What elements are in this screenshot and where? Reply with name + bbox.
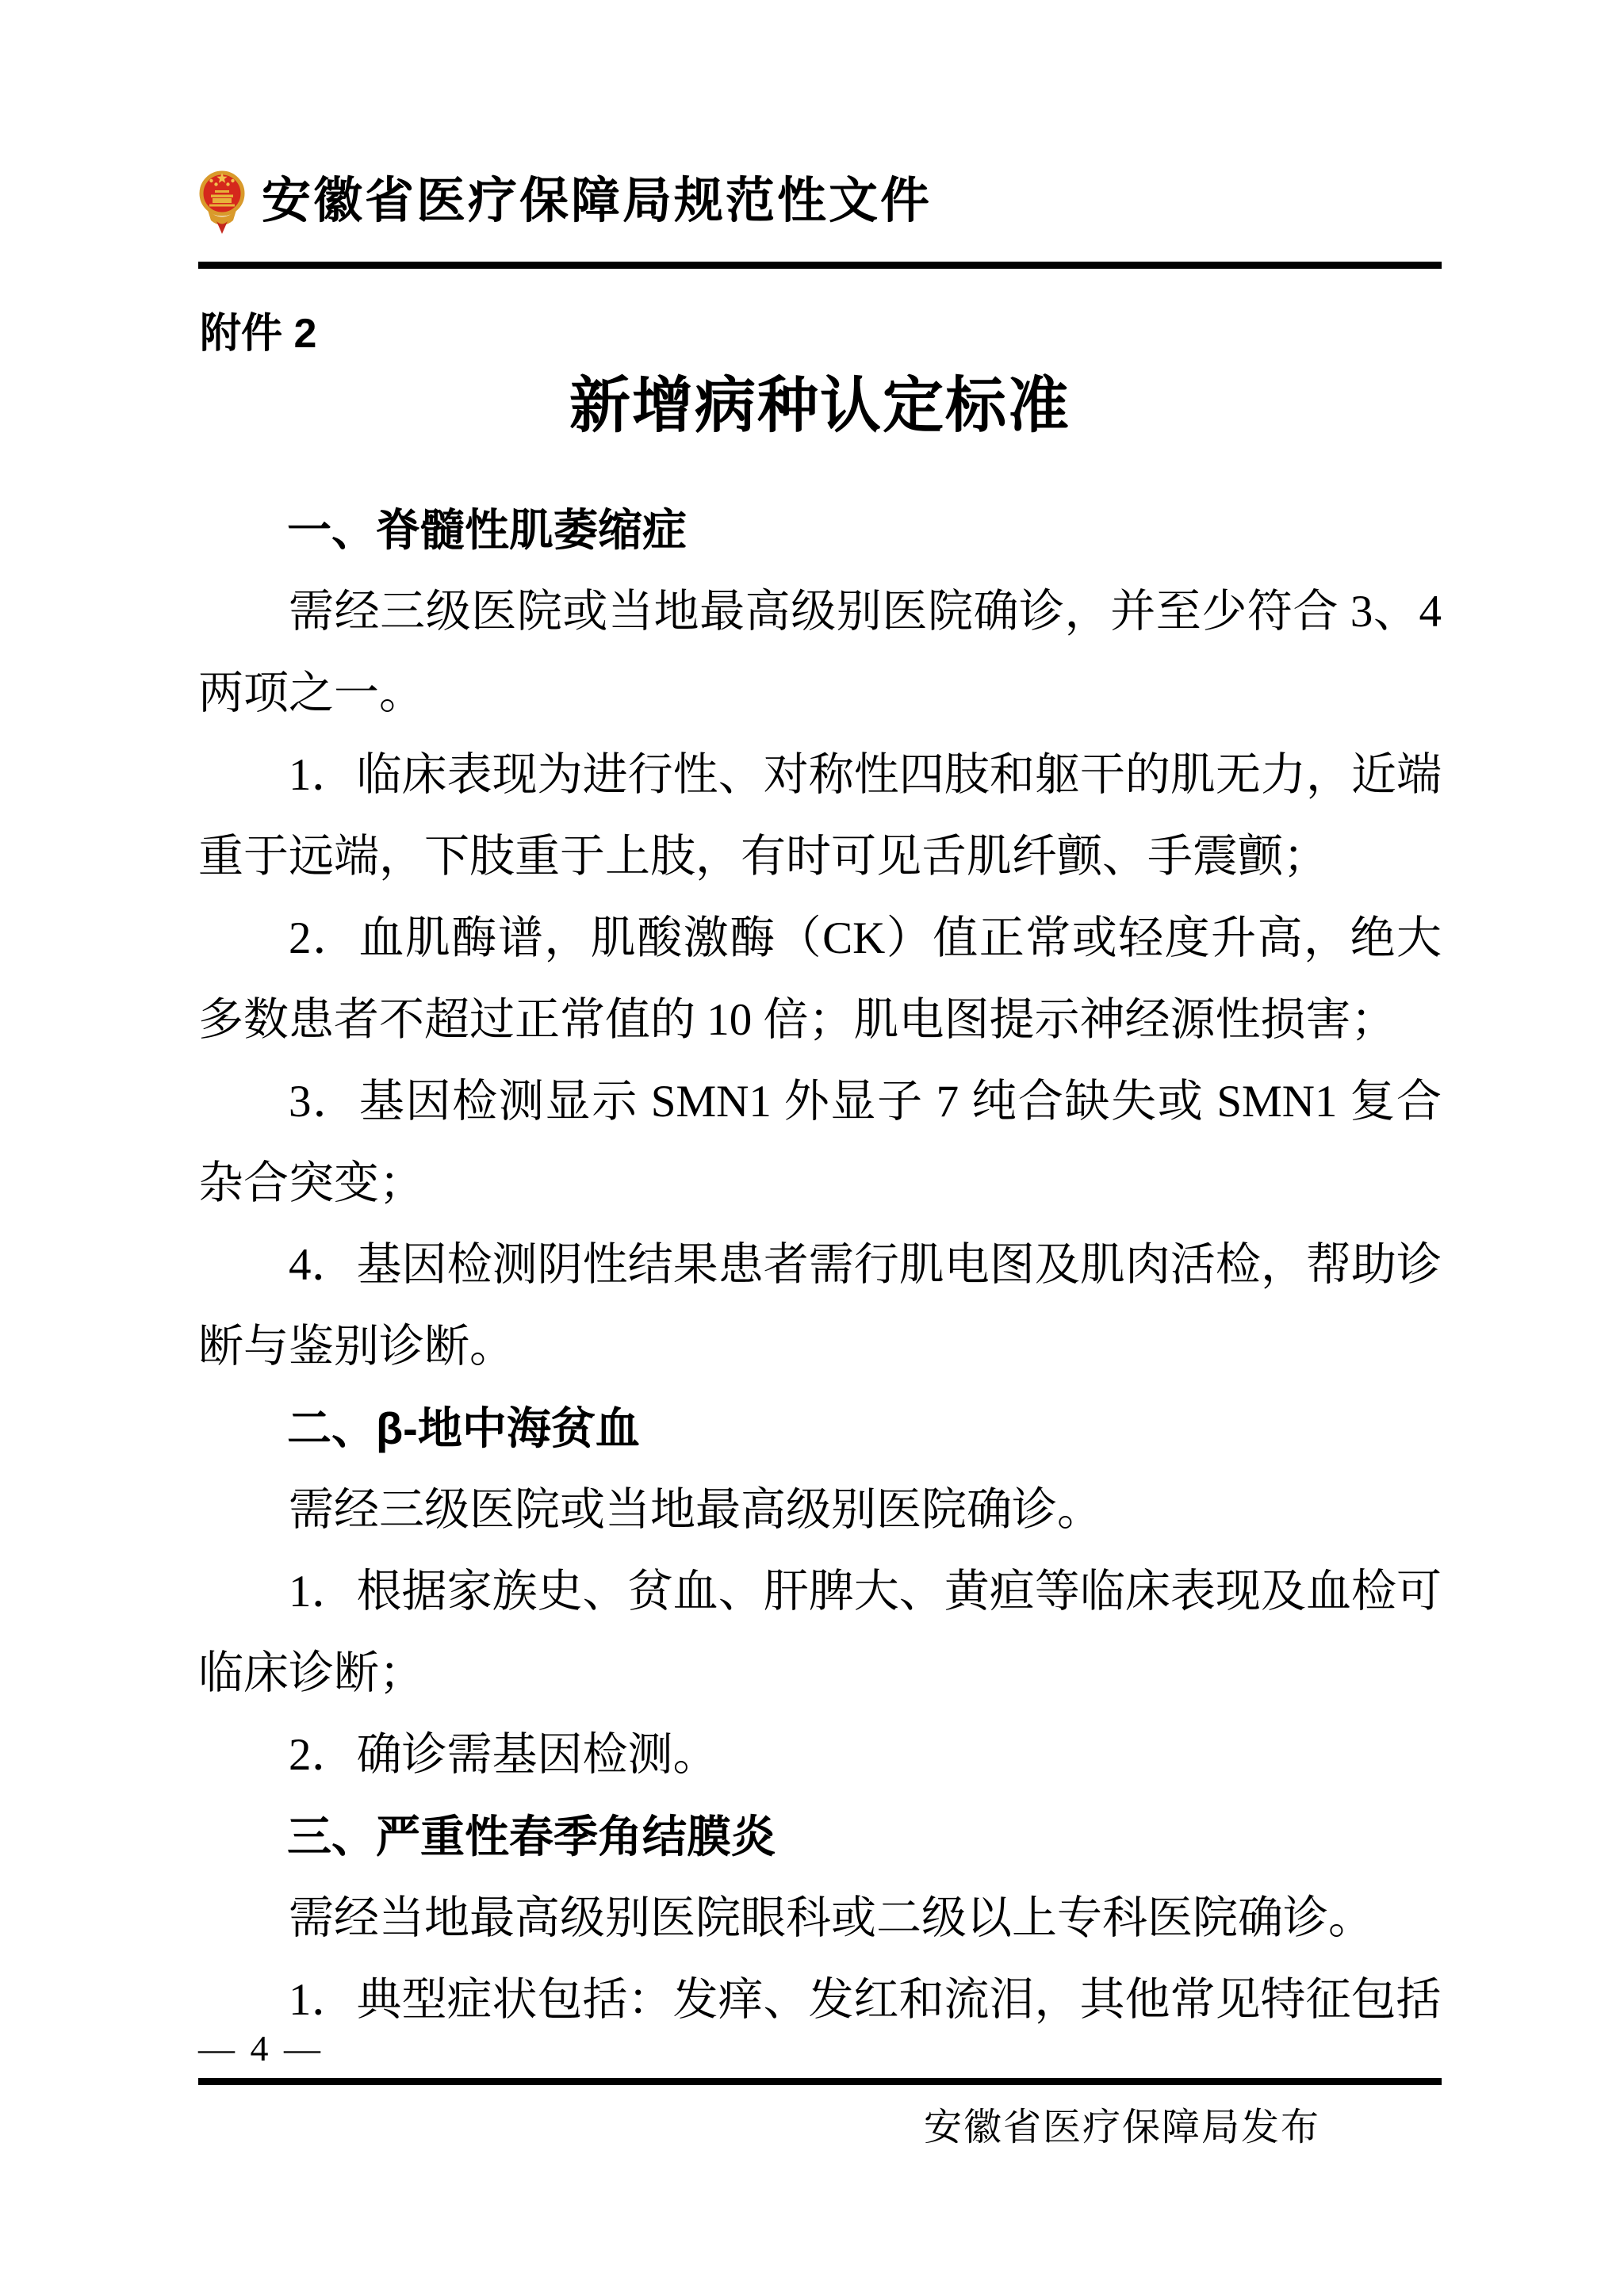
paragraph: 需经当地最高级别医院眼科或二级以上专科医院确诊。 (198, 1877, 1442, 1959)
section-heading-1: 一、脊髓性肌萎缩症 (198, 489, 1442, 571)
header-rule (198, 262, 1442, 269)
document-header: 安徽省医疗保障局规范性文件 (198, 166, 932, 236)
header-org-title: 安徽省医疗保障局规范性文件 (262, 166, 932, 236)
document-body: 一、脊髓性肌萎缩症 需经三级医院或当地最高级别医院确诊，并至少符合 3、4 两项… (198, 489, 1442, 2041)
paragraph: 1．根据家族史、贫血、肝脾大、黄疸等临床表现及血检可临床诊断； (198, 1551, 1442, 1714)
paragraph: 4．基因检测阴性结果患者需行肌电图及肌肉活检，帮助诊断与鉴别诊断。 (198, 1224, 1442, 1387)
paragraph: 需经三级医院或当地最高级别医院确诊。 (198, 1469, 1442, 1551)
paragraph: 需经三级医院或当地最高级别医院确诊，并至少符合 3、4 两项之一。 (198, 571, 1442, 734)
china-national-emblem-icon (198, 166, 246, 236)
paragraph: 1．临床表现为进行性、对称性四肢和躯干的肌无力，近端重于远端，下肢重于上肢，有时… (198, 734, 1442, 897)
section-heading-3: 三、严重性春季角结膜炎 (198, 1796, 1442, 1877)
section-heading-2: 二、β-地中海贫血 (198, 1387, 1442, 1469)
paragraph: 3．基因检测显示 SMN1 外显子 7 纯合缺失或 SMN1 复合杂合突变； (198, 1061, 1442, 1224)
paragraph: 2．确诊需基因检测。 (198, 1714, 1442, 1796)
page-number: — 4 — (198, 2026, 324, 2071)
attachment-label: 附件 2 (200, 311, 316, 357)
publisher-line: 安徽省医疗保障局发布 (924, 2104, 1320, 2152)
paragraph: 2．血肌酶谱，肌酸激酶（CK）值正常或轻度升高，绝大多数患者不超过正常值的 10… (198, 897, 1442, 1061)
paragraph: 1．典型症状包括：发痒、发红和流泪，其他常见特征包括 (198, 1959, 1442, 2041)
document-title: 新增病种认定标准 (198, 366, 1442, 446)
document-page: 安徽省医疗保障局规范性文件 附件 2 新增病种认定标准 一、脊髓性肌萎缩症 需经… (0, 0, 1624, 2296)
footer-rule (198, 2078, 1442, 2085)
